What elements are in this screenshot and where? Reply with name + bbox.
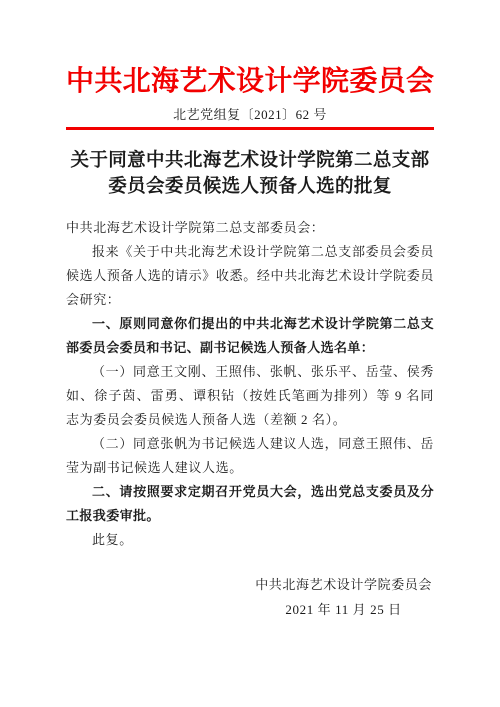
official-document-page: 中共北海艺术设计学院委员会 北艺党组复〔2021〕62 号 关于同意中共北海艺术… xyxy=(0,0,500,707)
letterhead-separator-line xyxy=(66,127,434,130)
paragraph-intro: 报来《关于中共北海艺术设计学院第二总支部委员会委员候选人预备人选的请示》收悉。经… xyxy=(66,240,434,312)
signature-block: 中共北海艺术设计学院委员会 2021 年 11 月 25 日 xyxy=(255,572,432,622)
document-title-line1: 关于同意中共北海艺术设计学院第二总支部 xyxy=(66,148,434,174)
paragraph-item1-sub2: （二）同意张帆为书记候选人建议人选，同意王照伟、岳莹为副书记候选人建议人选。 xyxy=(66,432,434,480)
letterhead-org-title: 中共北海艺术设计学院委员会 xyxy=(66,65,434,99)
document-title: 关于同意中共北海艺术设计学院第二总支部 委员会委员候选人预备人选的批复 xyxy=(66,148,434,200)
paragraph-closing: 此复。 xyxy=(66,528,434,552)
document-reference-number: 北艺党组复〔2021〕62 号 xyxy=(66,107,434,123)
paragraph-item2-heading: 二、请按照要求定期召开党员大会，选出党总支委员及分工报我委审批。 xyxy=(66,480,434,528)
document-body: 中共北海艺术设计学院第二总支部委员会： 报来《关于中共北海艺术设计学院第二总支部… xyxy=(66,216,434,552)
paragraph-item1-sub1: （一）同意王文刚、王照伟、张帆、张乐平、岳莹、侯秀如、徐子茵、雷勇、谭积钻（按姓… xyxy=(66,360,434,432)
document-title-line2: 委员会委员候选人预备人选的批复 xyxy=(66,174,434,200)
salutation-line: 中共北海艺术设计学院第二总支部委员会： xyxy=(66,216,434,240)
signature-org: 中共北海艺术设计学院委员会 xyxy=(255,572,432,597)
paragraph-item1-heading: 一、原则同意你们提出的中共北海艺术设计学院第二总支部委员会委员和书记、副书记候选… xyxy=(66,312,434,360)
signature-date: 2021 年 11 月 25 日 xyxy=(255,597,432,622)
